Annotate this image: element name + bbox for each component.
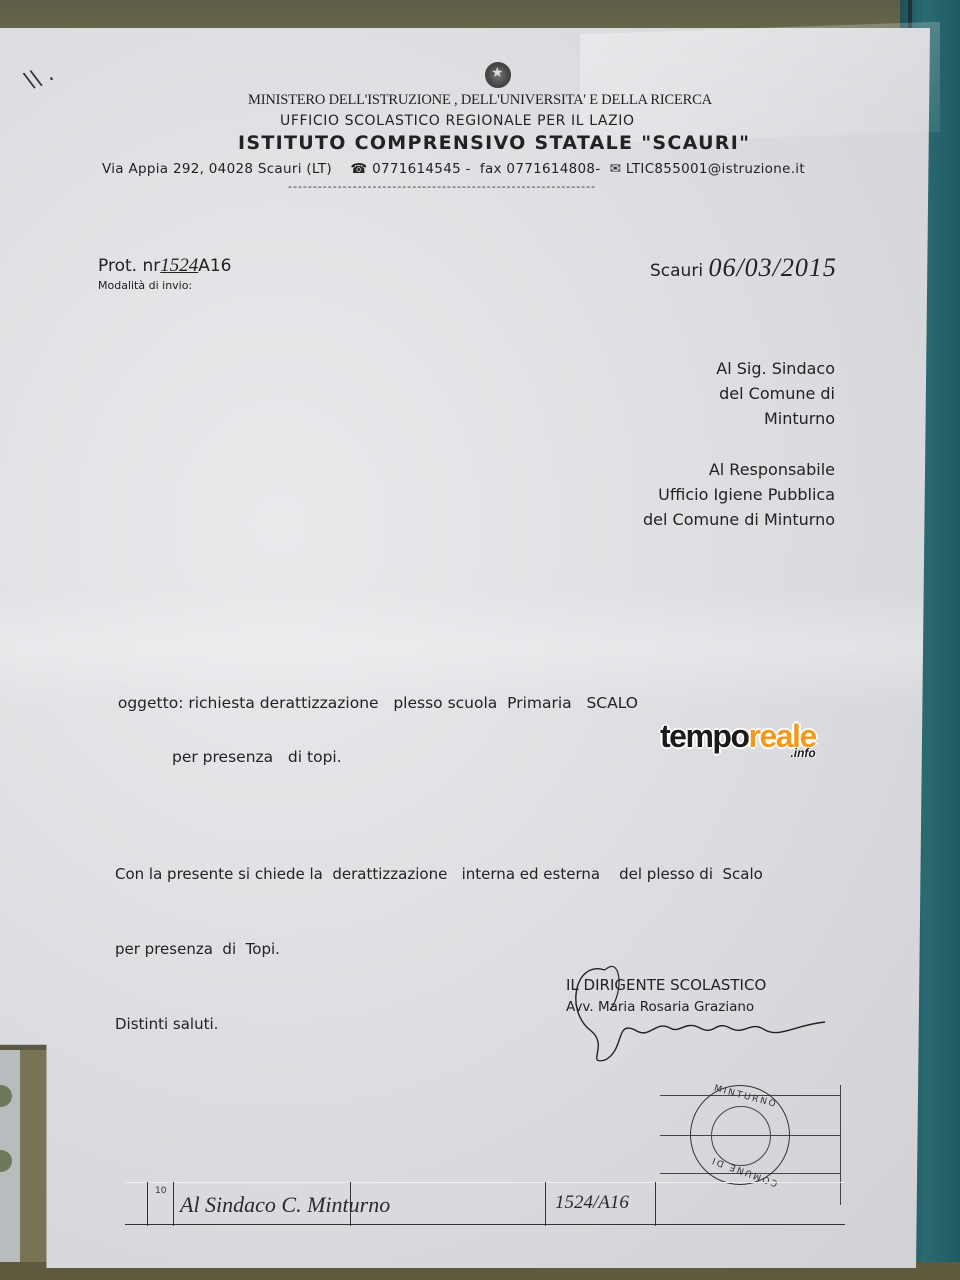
recipient-line: del Comune di xyxy=(716,381,835,406)
recipient-line: Al Sig. Sindaco xyxy=(716,356,835,381)
place: Scauri xyxy=(650,261,703,281)
subject-line-2: per presenza di topi. xyxy=(108,744,638,771)
body-line: Con la presente si chiede la derattizzaz… xyxy=(115,862,763,887)
separator: ----------------------------------------… xyxy=(288,180,596,193)
document-sheet xyxy=(0,28,930,1268)
address: Via Appia 292, 04028 Scauri (LT) xyxy=(102,161,332,177)
register-row-number: 10 xyxy=(155,1186,166,1196)
protocol-label: Prot. nr xyxy=(98,256,160,276)
regional-office-heading: UFFICIO SCOLASTICO REGIONALE PER IL LAZI… xyxy=(280,113,635,129)
punch-hole xyxy=(0,1085,12,1107)
tape-strip xyxy=(20,1050,50,1280)
recipient-line: Al Responsabile xyxy=(643,457,835,482)
recipient-hygiene-office: Al Responsabile Ufficio Igiene Pubblica … xyxy=(643,457,835,532)
temporeale-watermark-logo: temporeale.info xyxy=(660,718,816,755)
phone-icon: ☎ xyxy=(350,161,367,177)
register-protocol: 1524/A16 xyxy=(555,1192,629,1214)
fax: fax 0771614808- xyxy=(480,161,601,177)
recipient-line: del Comune di Minturno xyxy=(643,507,835,532)
date: 06/03/2015 xyxy=(708,253,836,282)
register-recipient: Al Sindaco C. Minturno xyxy=(180,1192,390,1218)
protocol-number: 1524 xyxy=(160,255,198,276)
ministry-heading: MINISTERO DELL'ISTRUZIONE , DELL'UNIVERS… xyxy=(248,92,712,109)
municipality-stamp: MINTURNO COMUNE DI xyxy=(690,1085,790,1185)
email-icon: ✉ xyxy=(610,161,622,177)
protocol-line: Prot. nr1524A16 xyxy=(98,255,231,277)
signatory-name: Avv. Maria Rosaria Graziano xyxy=(566,996,766,1018)
subject-line-1: oggetto: richiesta derattizzazione pless… xyxy=(118,694,638,712)
logo-part-1: tempo xyxy=(660,718,749,754)
recipient-line: Ufficio Igiene Pubblica xyxy=(643,482,835,507)
school-name: ISTITUTO COMPRENSIVO STATALE "SCAURI" xyxy=(238,132,750,154)
register-row: 10 Al Sindaco C. Minturno 1524/A16 xyxy=(55,1182,845,1228)
contact-line: Via Appia 292, 04028 Scauri (LT) ☎ 07716… xyxy=(102,161,805,177)
protocol-suffix: A16 xyxy=(198,256,231,276)
recipient-mayor: Al Sig. Sindaco del Comune di Minturno xyxy=(716,356,835,431)
place-date: Scauri 06/03/2015 xyxy=(650,253,837,283)
signatory-title: IL DIRIGENTE SCOLASTICO xyxy=(566,974,766,996)
subject: oggetto: richiesta derattizzazione pless… xyxy=(108,663,638,798)
emblem-icon xyxy=(485,62,511,88)
punch-hole xyxy=(0,1150,12,1172)
signature-block: IL DIRIGENTE SCOLASTICO Avv. Maria Rosar… xyxy=(566,974,766,1018)
email: LTIC855001@istruzione.it xyxy=(626,161,805,177)
logo-suffix: .info xyxy=(790,746,815,760)
delivery-mode-label: Modalità di invio: xyxy=(98,279,192,292)
phone: 0771614545 - xyxy=(372,161,471,177)
recipient-line: Minturno xyxy=(716,406,835,431)
